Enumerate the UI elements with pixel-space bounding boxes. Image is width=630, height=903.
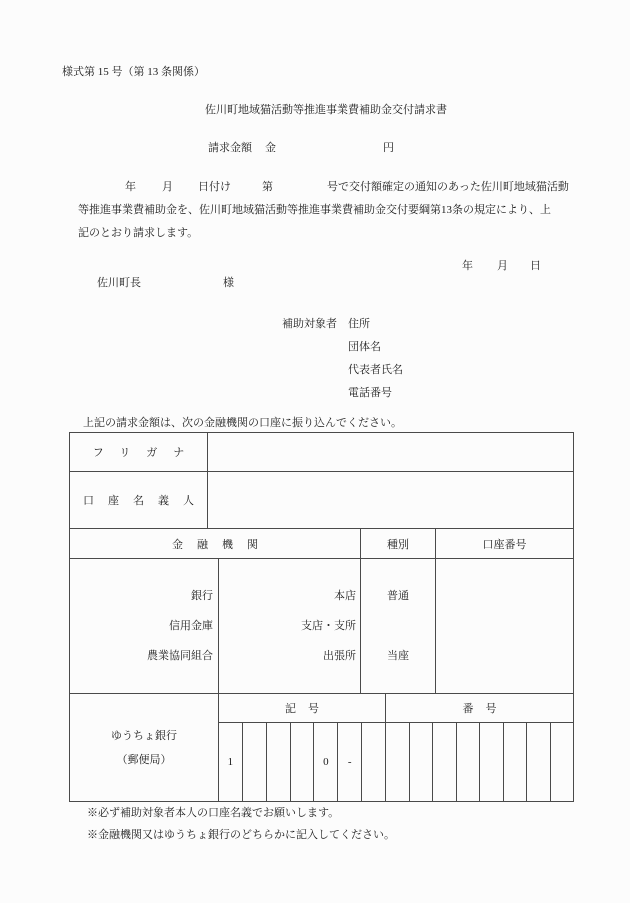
bangou-cell-group (386, 723, 573, 801)
kigou-header: 記号 (219, 694, 386, 722)
addressee-name: 佐川町長 (97, 277, 141, 290)
applicant-label: 補助対象者 (282, 318, 337, 331)
account-type-ordinary: 普通 (387, 581, 409, 611)
amount-yen-label: 円 (383, 142, 394, 155)
body-line-1: 号で交付額確定の通知のあった佐川町地域猫活動 (327, 181, 569, 194)
issue-date-year: 年 (462, 260, 473, 273)
yucho-post-office: （郵便局） (117, 748, 172, 772)
bangou-digit-cell (386, 723, 410, 801)
kigou-digit-cell (267, 723, 291, 801)
yucho-number-headers: 記号 番号 (219, 694, 573, 723)
furigana-label-cell: フリガナ (70, 433, 208, 471)
yucho-bank-name: ゆうちょ銀行 (111, 724, 177, 748)
applicant-field-organization: 団体名 (348, 341, 381, 354)
furigana-value-cell (208, 433, 573, 471)
footnote-choose-one: ※金融機関又はゆうちょ銀行のどちらかに記入してください。 (87, 829, 395, 842)
body-line-2: 等推進事業費補助金を、佐川町地域猫活動等推進事業費補助金交付要綱第13条の規定に… (78, 204, 551, 217)
account-holder-label-cell: 口座名義人 (70, 472, 208, 528)
issue-date-month: 月 (497, 260, 508, 273)
addressee-honorific: 様 (223, 277, 234, 290)
applicant-field-representative: 代表者氏名 (348, 364, 403, 377)
institution-row: 銀行 信用金庫 農業協同組合 本店 支店・支所 出張所 普通 当座 (70, 558, 573, 693)
notice-date-month: 月 (162, 181, 173, 194)
kigou-digit-cell: 1 (219, 723, 243, 801)
page-title: 佐川町地域猫活動等推進事業費補助金交付請求書 (205, 104, 447, 117)
yucho-name-cell: ゆうちょ銀行 （郵便局） (70, 694, 219, 801)
kigou-cell-group: 1 0 - (219, 723, 386, 801)
transfer-note: 上記の請求金額は、次の金融機関の口座に振り込んでください。 (83, 417, 402, 430)
account-number-cell (435, 559, 573, 693)
branch-option-head-office: 本店 (334, 581, 356, 611)
issue-date-day: 日 (530, 260, 541, 273)
financial-institution-header: 金融機関 (70, 529, 360, 558)
bangou-digit-cell (527, 723, 551, 801)
account-type-options: 普通 当座 (360, 559, 435, 693)
kigou-dash-cell: - (338, 723, 362, 801)
account-number-header: 口座番号 (435, 529, 573, 558)
branch-option-sub-branch: 出張所 (323, 641, 356, 671)
account-holder-row: 口座名義人 (70, 471, 573, 528)
bangou-digit-cell (433, 723, 457, 801)
kigou-digit-cell (291, 723, 315, 801)
kigou-digit-cell (362, 723, 385, 801)
kigou-digit-cell: 0 (314, 723, 338, 801)
branch-options: 本店 支店・支所 出張所 (219, 559, 360, 693)
bangou-digit-cell (410, 723, 434, 801)
applicant-field-phone: 電話番号 (348, 387, 392, 400)
account-type-header: 種別 (360, 529, 435, 558)
bangou-digit-cell (480, 723, 504, 801)
bangou-header: 番号 (386, 694, 573, 722)
account-holder-value-cell (208, 472, 573, 528)
yucho-digit-cells: 1 0 - (219, 723, 573, 801)
institution-option-bank: 銀行 (191, 581, 213, 611)
form-number: 様式第 15 号（第 13 条関係） (62, 66, 205, 79)
footnote-account-name: ※必ず補助対象者本人の口座名義でお願いします。 (87, 807, 339, 820)
bangou-digit-cell (457, 723, 481, 801)
amount-label: 請求金額 (208, 142, 252, 155)
document-page: 様式第 15 号（第 13 条関係） 佐川町地域猫活動等推進事業費補助金交付請求… (0, 0, 630, 903)
institution-option-jakyo: 農業協同組合 (147, 641, 213, 671)
amount-kin-label: 金 (265, 142, 276, 155)
bangou-digit-cell (504, 723, 528, 801)
table-header-row: 金融機関 種別 口座番号 (70, 528, 573, 558)
body-line-3: 記のとおり請求します。 (78, 227, 198, 240)
notice-date-day: 日付け (198, 181, 231, 194)
applicant-field-address: 住所 (348, 318, 370, 331)
yucho-row: ゆうちょ銀行 （郵便局） 記号 番号 1 0 - (70, 693, 573, 801)
branch-option-branch: 支店・支所 (301, 611, 356, 641)
kigou-digit-cell (243, 723, 267, 801)
bangou-digit-cell (551, 723, 574, 801)
notice-number-dai: 第 (262, 181, 273, 194)
notice-date-year: 年 (125, 181, 136, 194)
account-type-current: 当座 (387, 641, 409, 671)
institution-options: 銀行 信用金庫 農業協同組合 (70, 559, 219, 693)
furigana-row: フリガナ (70, 433, 573, 471)
bank-account-table: フリガナ 口座名義人 金融機関 種別 口座番号 銀行 信用金庫 農業協同組合 本… (69, 432, 574, 802)
institution-option-shinkin: 信用金庫 (169, 611, 213, 641)
yucho-number-area: 記号 番号 1 0 - (219, 694, 573, 801)
